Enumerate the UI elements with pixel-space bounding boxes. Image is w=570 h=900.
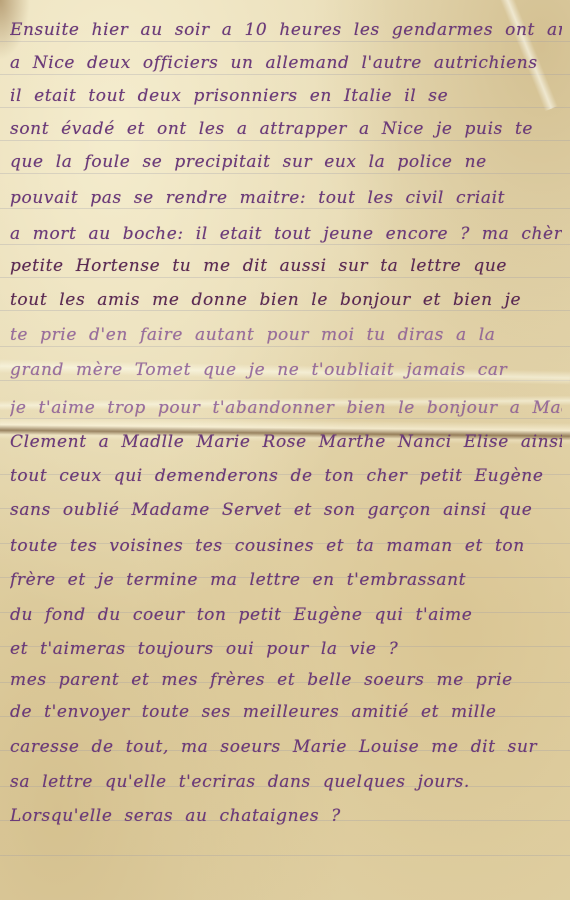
ruled-line xyxy=(0,173,570,174)
letter-line: du fond du coeur ton petit Eugène qui t'… xyxy=(10,605,562,625)
ruled-line xyxy=(0,346,570,347)
letter-line: a Nice deux officiers un allemand l'autr… xyxy=(10,53,562,73)
ruled-line xyxy=(0,277,570,278)
letter-page: Ensuite hier au soir a 10 heures les gen… xyxy=(0,0,570,900)
ruled-line xyxy=(0,244,570,245)
letter-line: mes parent et mes frères et belle soeurs… xyxy=(10,670,562,690)
letter-line: que la foule se precipitait sur eux la p… xyxy=(10,152,562,172)
ruled-line xyxy=(0,74,570,75)
letter-line: de t'envoyer toute ses meilleures amitié… xyxy=(10,702,562,722)
letter-line: sa lettre qu'elle t'ecriras dans quelque… xyxy=(10,772,562,792)
letter-line: Clement a Madlle Marie Rose Marthe Nanci… xyxy=(10,432,562,452)
ruled-line xyxy=(0,208,570,209)
ruled-line xyxy=(0,380,570,381)
letter-line: et t'aimeras toujours oui pour la vie ? xyxy=(10,639,562,659)
letter-line: sans oublié Madame Servet et son garçon … xyxy=(10,500,562,520)
letter-line: je t'aime trop pour t'abandonner bien le… xyxy=(10,398,562,418)
letter-line: pouvait pas se rendre maitre: tout les c… xyxy=(10,188,562,208)
ruled-line xyxy=(0,418,570,419)
letter-line: tout ceux qui demenderons de ton cher pe… xyxy=(10,466,562,486)
letter-line: caresse de tout, ma soeurs Marie Louise … xyxy=(10,737,562,757)
letter-line: sont évadé et ont les a attrapper a Nice… xyxy=(10,119,562,139)
letter-line: Ensuite hier au soir a 10 heures les gen… xyxy=(10,20,562,40)
letter-line: toute tes voisines tes cousines et ta ma… xyxy=(10,536,562,556)
letter-line: Lorsqu'elle seras au chataignes ? xyxy=(10,806,562,826)
letter-line: tout les amis me donne bien le bonjour e… xyxy=(10,290,562,310)
letter-line: te prie d'en faire autant pour moi tu di… xyxy=(10,325,562,345)
ruled-line xyxy=(0,310,570,311)
letter-line: il etait tout deux prisonniers en Italie… xyxy=(10,86,562,106)
ruled-line xyxy=(0,41,570,42)
letter-line: grand mère Tomet que je ne t'oubliait ja… xyxy=(10,360,562,380)
letter-line: petite Hortense tu me dit aussi sur ta l… xyxy=(10,256,562,276)
letter-line: a mort au boche: il etait tout jeune enc… xyxy=(10,224,562,244)
ruled-line xyxy=(0,855,570,856)
ruled-line xyxy=(0,140,570,141)
ruled-line xyxy=(0,107,570,108)
letter-line: frère et je termine ma lettre en t'embra… xyxy=(10,570,562,590)
